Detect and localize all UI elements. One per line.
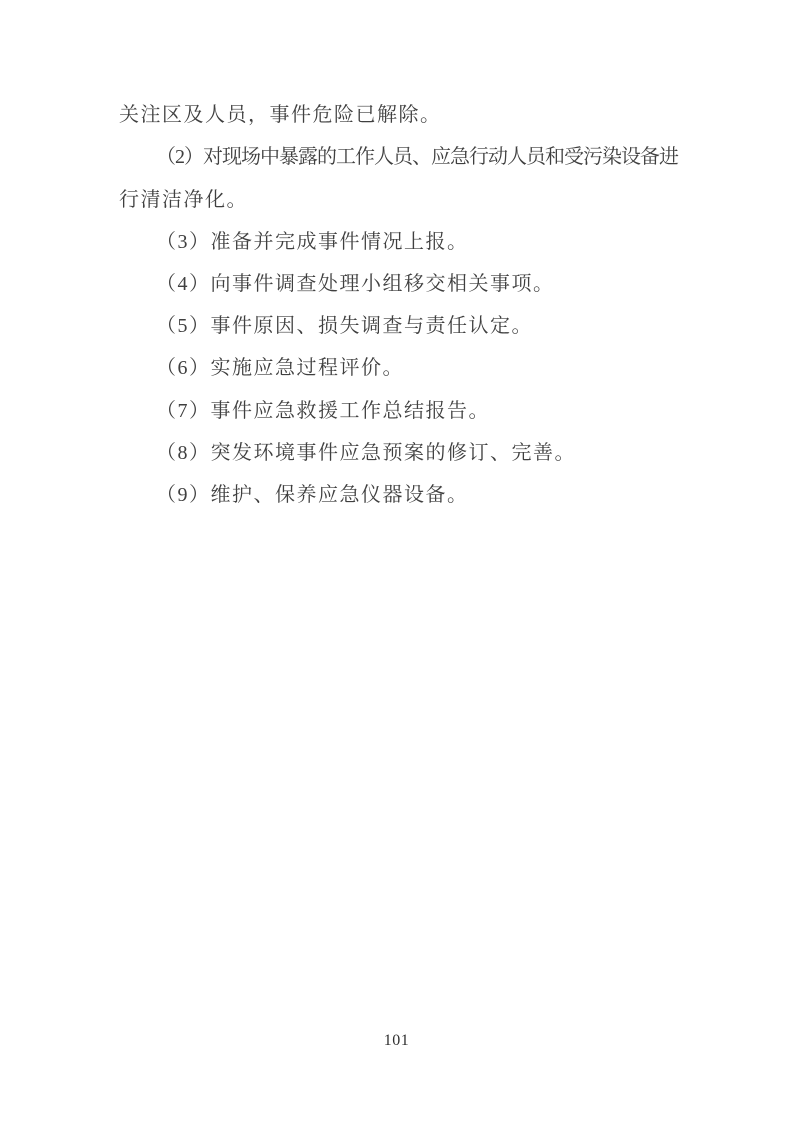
- page-number: 101: [0, 1030, 793, 1052]
- list-item-6: （6）实施应急过程评价。: [156, 347, 404, 389]
- list-item-2-line: （2）对现场中暴露的工作人员、应急行动人员和受污染设备进: [156, 136, 678, 178]
- document-page: 关注区及人员，事件危险已解除。 （2）对现场中暴露的工作人员、应急行动人员和受污…: [0, 0, 793, 1122]
- list-item-7: （7）事件应急救援工作总结报告。: [156, 390, 490, 432]
- list-item-8: （8）突发环境事件应急预案的修订、完善。: [156, 432, 576, 474]
- list-item-5: （5）事件原因、损失调查与责任认定。: [156, 305, 533, 347]
- list-item-9: （9）维护、保养应急仪器设备。: [156, 474, 469, 516]
- body-text-line: 关注区及人员，事件危险已解除。: [119, 94, 442, 136]
- list-item-3: （3）准备并完成事件情况上报。: [156, 221, 469, 263]
- list-item-4: （4）向事件调查处理小组移交相关事项。: [156, 263, 555, 305]
- list-item-2-continuation: 行清洁净化。: [119, 179, 248, 221]
